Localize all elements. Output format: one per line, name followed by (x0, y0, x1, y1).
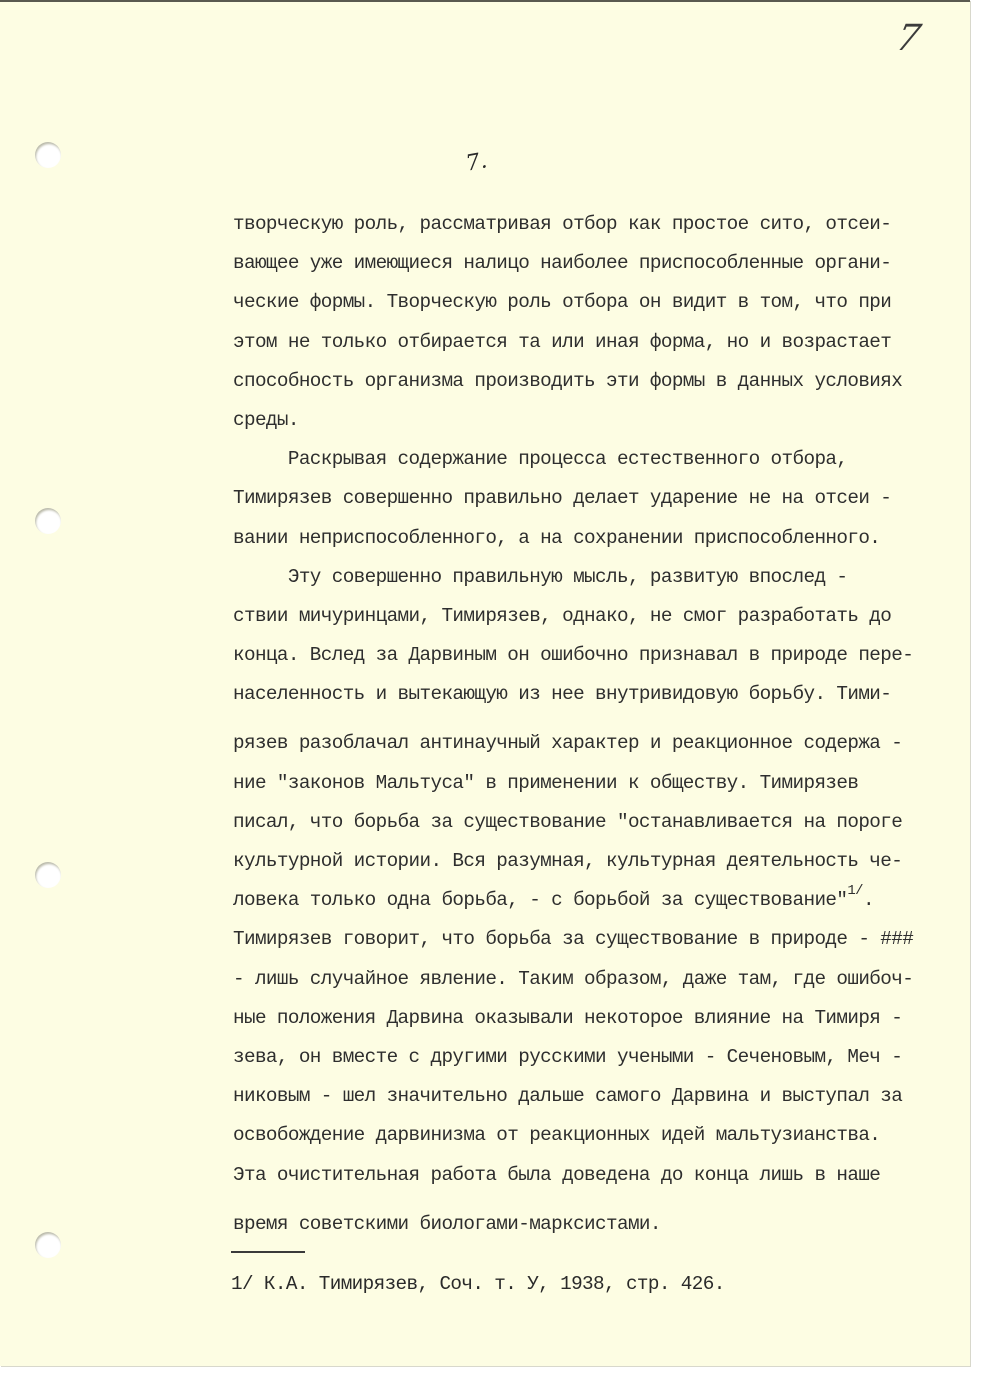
text-line: способность организма производить эти фо… (233, 362, 973, 401)
text-line: никовым - шел значительно дальше самого … (233, 1077, 973, 1116)
footnote-reference-period: . (863, 889, 874, 911)
text-line: культурной истории. Вся разумная, культу… (233, 842, 973, 881)
text-line: освобождение дарвинизма от реакционных и… (233, 1116, 973, 1155)
text-line: среды. (233, 401, 973, 440)
text-line: конца. Вслед за Дарвиным он ошибочно при… (233, 636, 973, 675)
text-line: ческие формы. Творческую роль отбора он … (233, 283, 973, 322)
handwritten-page-number: 7 (893, 18, 925, 59)
text-line: этом не только отбирается та или иная фо… (233, 323, 973, 362)
text-line: Эта очистительная работа была доведена д… (233, 1156, 973, 1195)
typed-page-number: 7. (464, 148, 489, 176)
punch-hole (35, 142, 61, 168)
text-line: - лишь случайное явление. Таким образом,… (233, 960, 973, 999)
text-line: ловека только одна борьба, - с борьбой з… (233, 881, 973, 920)
text-line: вающее уже имеющиеся налицо наиболее при… (233, 244, 973, 283)
text-line: Эту совершенно правильную мысль, развиту… (233, 558, 973, 597)
text-line: время советскими биологами-марксистами. (233, 1205, 973, 1244)
text-line-content: ловека только одна борьба, - с борьбой з… (233, 889, 847, 911)
document-page: 7 7. творческую роль, рассматривая отбор… (0, 0, 970, 1366)
text-line: Раскрывая содержание процесса естественн… (233, 440, 973, 479)
text-line: зева, он вместе с другими русскими учены… (233, 1038, 973, 1077)
footnote-reference: 1/ (847, 883, 863, 899)
text-line: писал, что борьба за существование "оста… (233, 803, 973, 842)
footnote: 1/ К.А. Тимирязев, Соч. т. У, 1938, стр.… (231, 1265, 725, 1304)
scan-edge (0, 0, 970, 2)
text-line: Тимирязев говорит, что борьба за существ… (233, 920, 973, 959)
text-line: Тимирязев совершенно правильно делает уд… (233, 479, 973, 518)
punch-hole (35, 1232, 61, 1258)
punch-hole (35, 508, 61, 534)
text-line: рязев разоблачал антинаучный характер и … (233, 724, 973, 763)
text-line: вании неприспособленного, а на сохранени… (233, 519, 973, 558)
text-line: ние "законов Мальтуса" в применении к об… (233, 764, 973, 803)
text-line: творческую роль, рассматривая отбор как … (233, 205, 973, 244)
text-line: ствии мичуринцами, Тимирязев, однако, не… (233, 597, 973, 636)
body-text: творческую роль, рассматривая отбор как … (233, 205, 973, 1244)
text-line: ные положения Дарвина оказывали некоторо… (233, 999, 973, 1038)
footnote-separator (231, 1251, 305, 1253)
text-line: населенность и вытекающую из нее внутрив… (233, 675, 973, 714)
punch-hole (35, 862, 61, 888)
